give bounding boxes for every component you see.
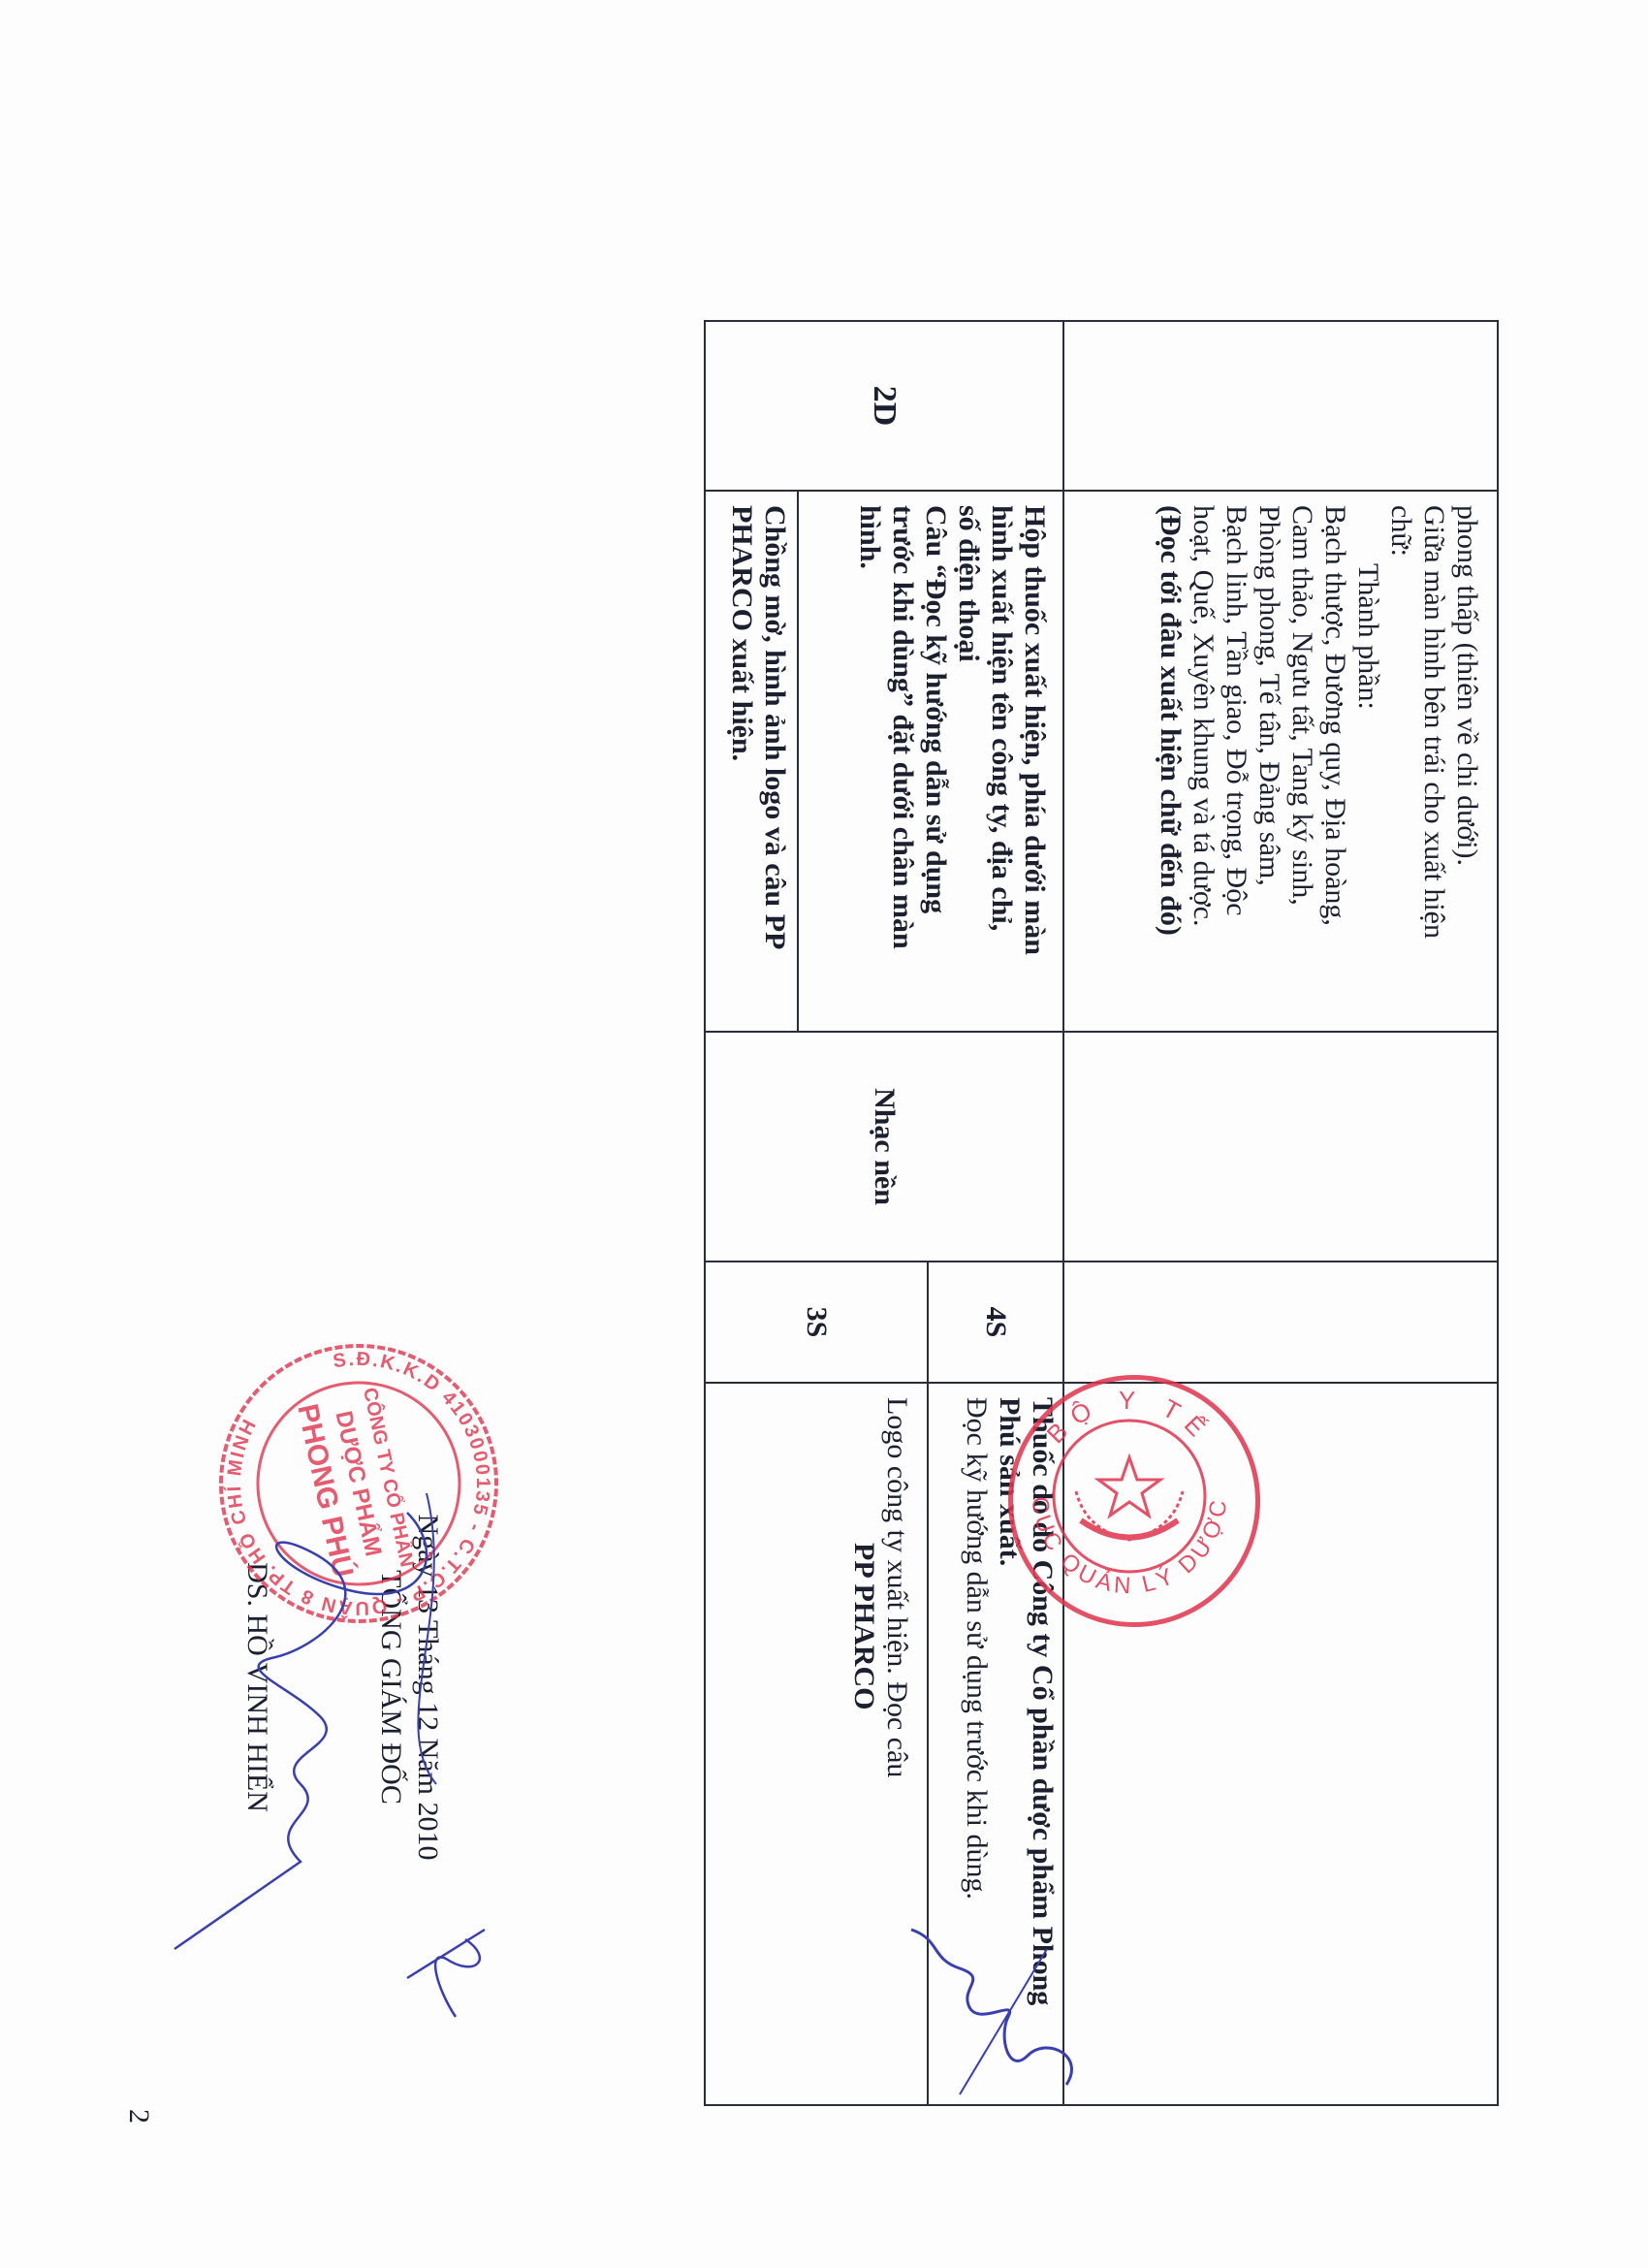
duration-3s-cell: 3S: [706, 1262, 927, 1382]
director-signature: [136, 1493, 465, 1978]
upper-row-audio-cell: [1064, 1033, 1497, 1261]
content-line: Bạch thược, Đương quy, Địa hoàng,: [1318, 505, 1351, 1017]
content-line: Giữa màn hình bên trái cho xuất hiện: [1417, 505, 1450, 1017]
upper-row-duration-cell: [1064, 1262, 1497, 1382]
content-line: Chồng mờ, hình ảnh logo và câu PP: [758, 505, 791, 1017]
page-number: 2: [122, 2109, 155, 2124]
lower-row-label-cell: 2D: [706, 322, 1062, 490]
initial-mark: [388, 1920, 504, 2036]
content-line: hoạt, Quế, Xuyên khung và tá dược.: [1187, 505, 1220, 1017]
content-line: hình xuất hiện tên công ty, địa chỉ,: [985, 505, 1018, 1017]
content-heading: Thành phần:: [1351, 505, 1384, 1017]
content-line: Bạch linh, Tần giao, Đỗ trọng, Độc: [1220, 505, 1252, 1017]
content-line: Phòng phong, Tế tân, Đảng sâm,: [1252, 505, 1285, 1017]
duration-4s-cell: 4S: [929, 1262, 1062, 1382]
content-line: trước khi dùng” đặt dưới chân màn: [886, 505, 919, 1017]
audio-label: Nhạc nền: [868, 1088, 901, 1205]
content-line: (Đọc tới đâu xuất hiện chữ đến đó): [1154, 505, 1187, 1017]
content-line: Hộp thuốc xuất hiện, phía dưới màn: [1018, 505, 1051, 1017]
document-page: phong thấp (thiên về chi dưới). Giữa màn…: [0, 0, 1648, 2268]
duration-4s: 4S: [979, 1307, 1012, 1338]
lower-row-content-a: Hộp thuốc xuất hiện, phía dưới màn hình …: [799, 492, 1062, 1031]
upper-row-content-cell: phong thấp (thiên về chi dưới). Giữa màn…: [1064, 492, 1497, 1031]
upper-row-label-cell: [1064, 322, 1497, 490]
svg-text:CỤC QUẢN LÝ DƯỢC: CỤC QUẢN LÝ DƯỢC: [1026, 1495, 1232, 1599]
scene-label: 2D: [868, 386, 901, 427]
lower-row-content-b: Chồng mờ, hình ảnh logo và câu PP PHARCO…: [706, 492, 797, 1031]
lower-row-audio-cell: Nhạc nền: [706, 1033, 1062, 1261]
content-line: chữ:: [1384, 505, 1417, 1017]
content-line: số điện thoại: [952, 505, 985, 1017]
content-line: Câu “Đọc kỹ hướng dẫn sử dụng: [919, 505, 952, 1017]
ministry-stamp: BỘ Y TẾ CỤC QUẢN LÝ DƯỢC: [1008, 1375, 1260, 1627]
content-line: hình.: [853, 505, 886, 1017]
handwritten-note-nam: [892, 1910, 1105, 2124]
duration-3s: 3S: [800, 1307, 833, 1338]
logo-slogan: PP PHARCO: [847, 1397, 880, 2091]
svg-text:BỘ Y TẾ: BỘ Y TẾ: [1041, 1386, 1219, 1450]
content-line: Cam thảo, Ngưu tất, Tang ký sinh,: [1285, 505, 1318, 1017]
content-line: phong thấp (thiên về chi dưới).: [1450, 505, 1483, 1017]
content-line: PHARCO xuất hiện.: [725, 505, 758, 1017]
